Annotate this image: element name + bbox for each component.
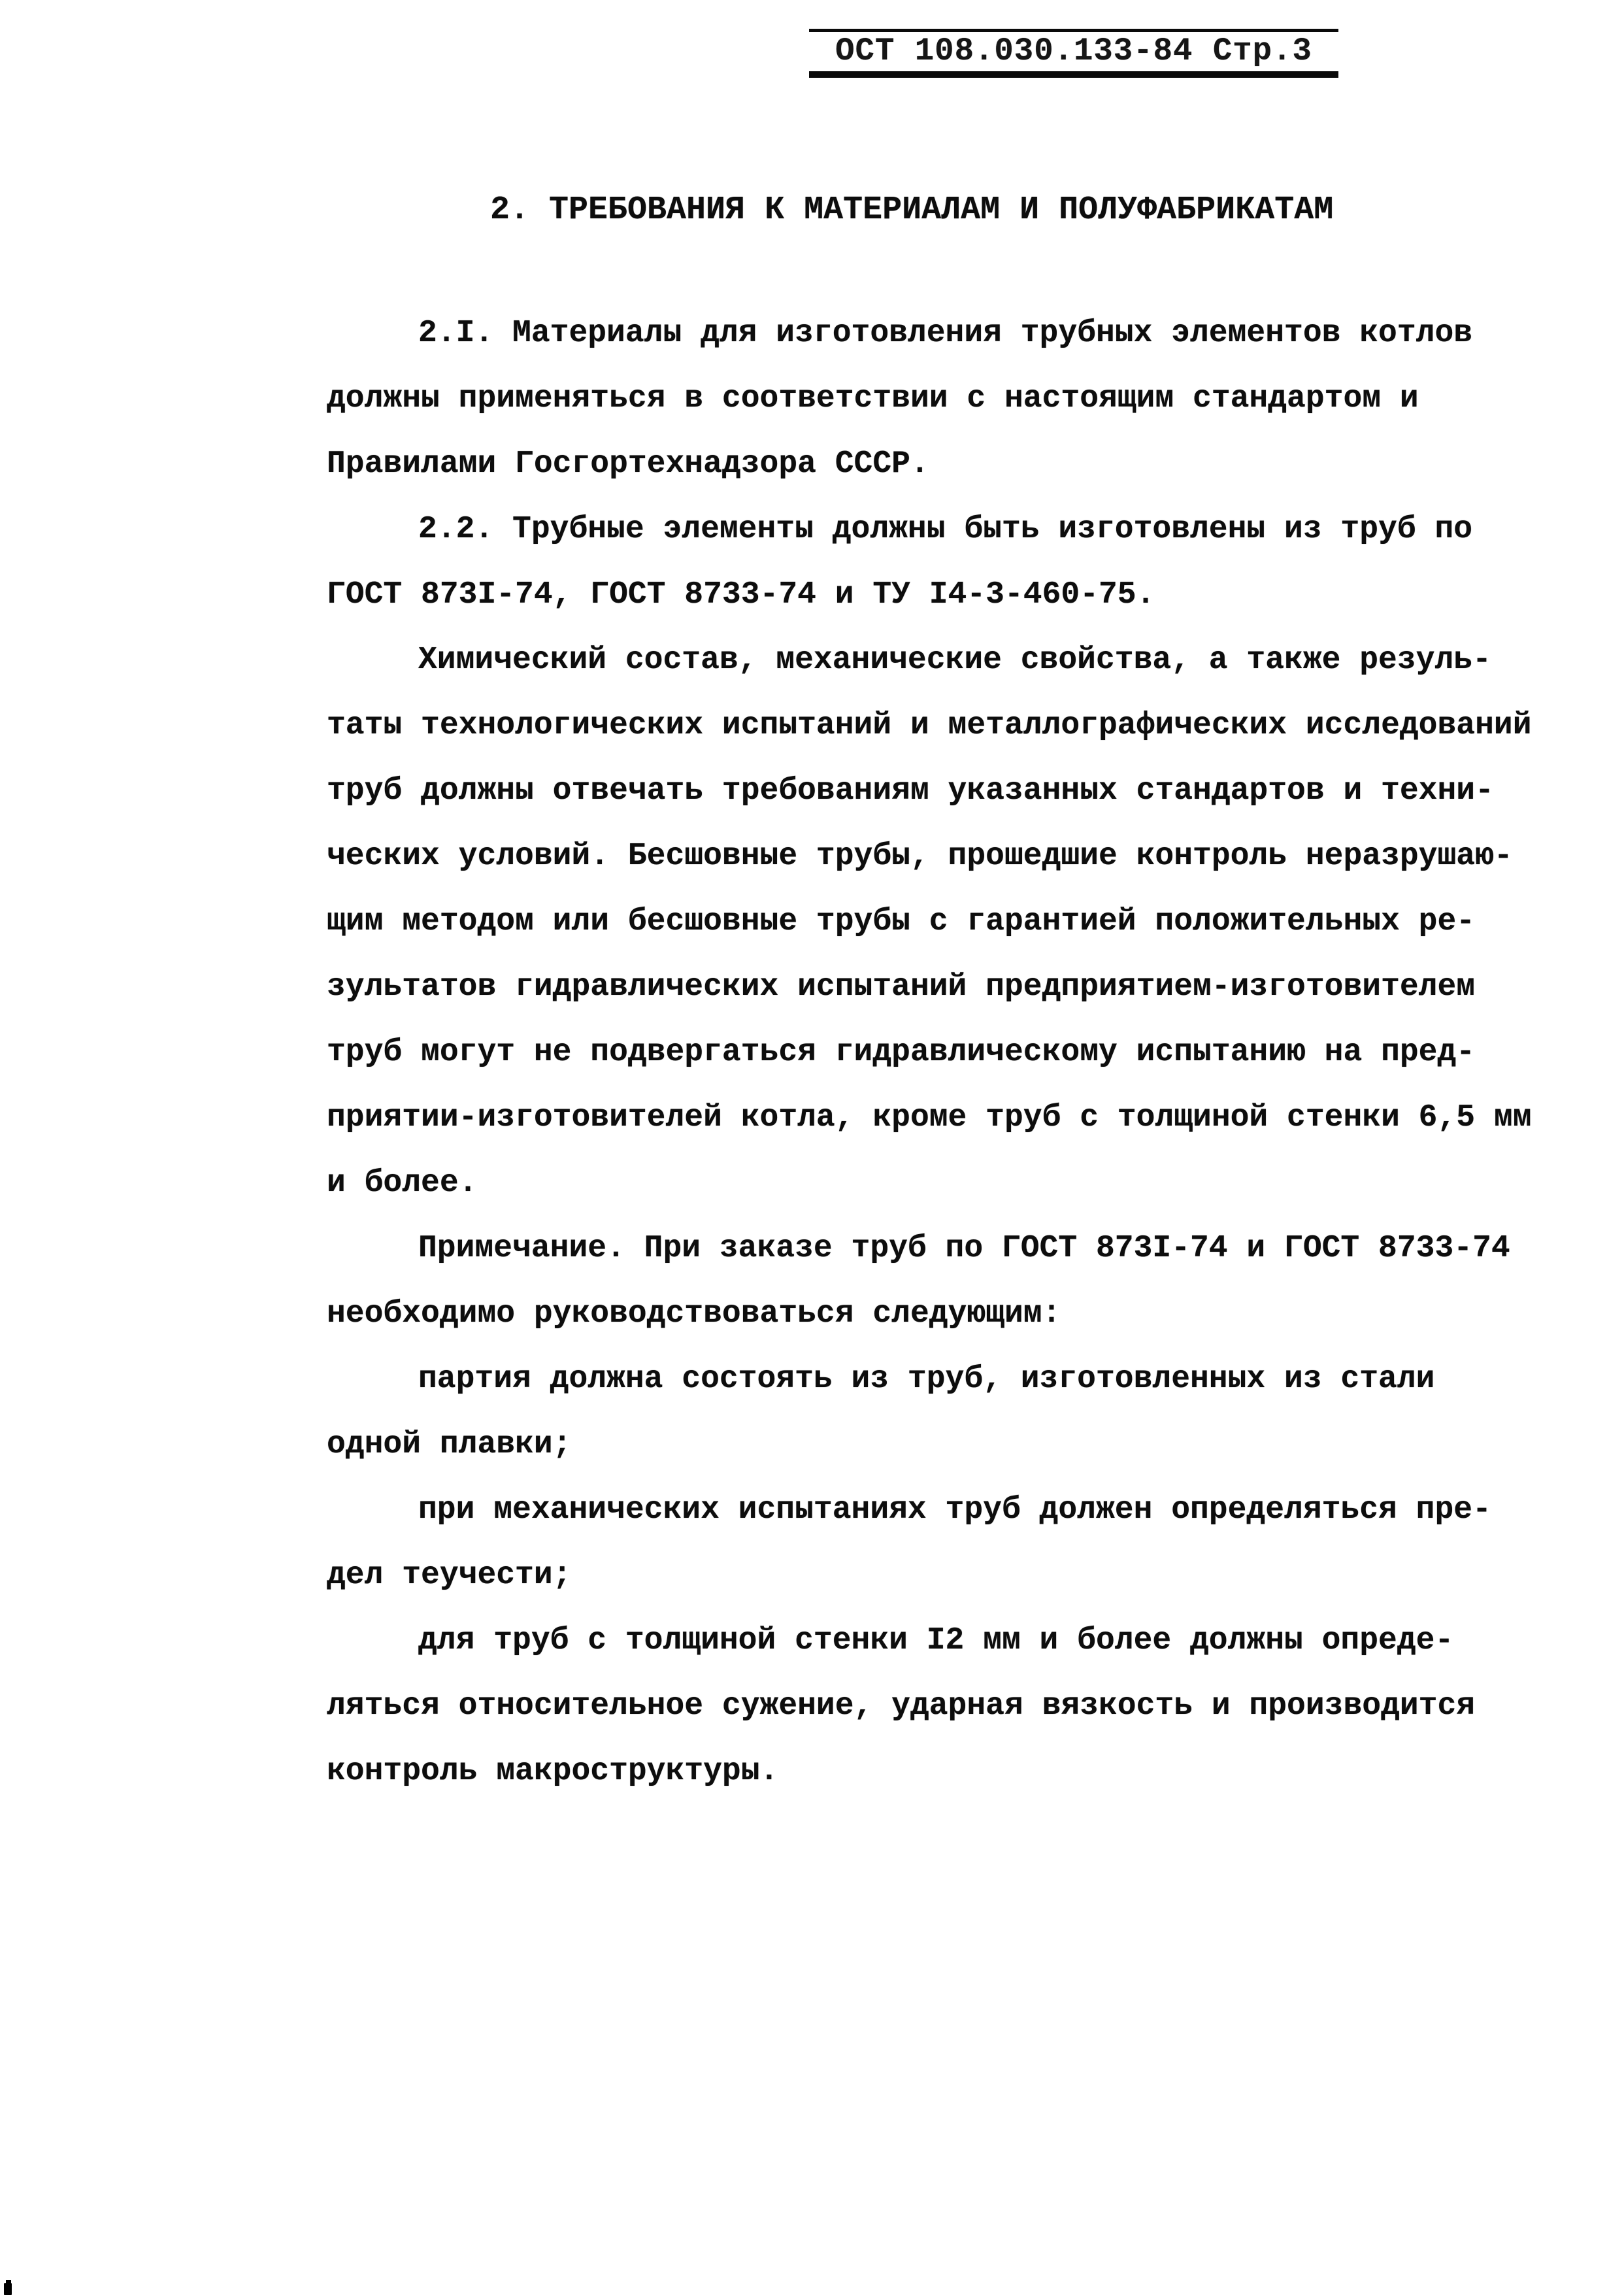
section-title: 2. ТРЕБОВАНИЯ К МАТЕРИАЛАМ И ПОЛУФАБРИКА… <box>490 192 1333 229</box>
text-line: ГОСТ 873I-74, ГОСТ 8733-74 и ТУ I4-3-460… <box>327 562 1568 628</box>
text-line: для труб с толщиной стенки I2 мм и более… <box>327 1608 1568 1673</box>
text-line: приятии-изготовителей котла, кроме труб … <box>327 1085 1568 1150</box>
text-line: таты технологических испытаний и металло… <box>327 693 1568 758</box>
text-line: 2.2. Трубные элементы должны быть изгото… <box>327 497 1568 562</box>
text-line: ляться относительное сужение, ударная вя… <box>327 1673 1568 1739</box>
text-line: зультатов гидравлических испытаний предп… <box>327 954 1568 1020</box>
text-line: Правилами Госгортехнадзора СССР. <box>327 431 1568 497</box>
text-line: труб должны отвечать требованиям указанн… <box>327 758 1568 824</box>
document-page: ОСТ 108.030.133-84 Стр.3 2. ТРЕБОВАНИЯ К… <box>0 0 1624 2295</box>
text-line: одной плавки; <box>327 1412 1568 1477</box>
text-line: и более. <box>327 1150 1568 1216</box>
text-line: необходимо руководствоваться следующим: <box>327 1281 1568 1347</box>
text-line: Химический состав, механические свойства… <box>327 628 1568 693</box>
text-line: труб могут не подвергаться гидравлическо… <box>327 1020 1568 1085</box>
text-line: Примечание. При заказе труб по ГОСТ 873I… <box>327 1216 1568 1281</box>
text-line: должны применяться в соответствии с наст… <box>327 366 1568 431</box>
text-line: 2.I. Материалы для изготовления трубных … <box>327 301 1568 366</box>
body-text: 2.I. Материалы для изготовления трубных … <box>327 301 1568 1804</box>
text-line: дел теучести; <box>327 1543 1568 1608</box>
text-line: щим методом или бесшовные трубы с гарант… <box>327 889 1568 954</box>
text-line: ческих условий. Бесшовные трубы, прошедш… <box>327 824 1568 889</box>
text-line: контроль макроструктуры. <box>327 1739 1568 1804</box>
page-header-standard-ref: ОСТ 108.030.133-84 Стр.3 <box>809 29 1338 78</box>
ink-blot <box>4 2283 12 2295</box>
text-line: партия должна состоять из труб, изготовл… <box>327 1347 1568 1412</box>
text-line: при механических испытаниях труб должен … <box>327 1477 1568 1543</box>
